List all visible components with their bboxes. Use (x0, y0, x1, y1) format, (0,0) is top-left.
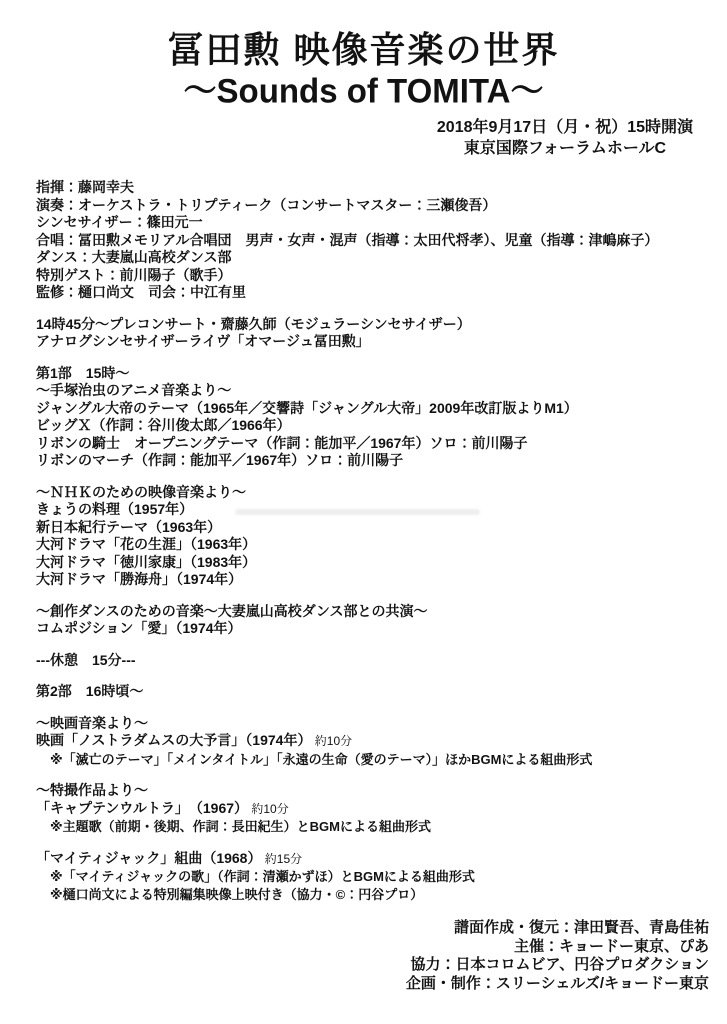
program-line: 第2部 16時頃～ (36, 683, 707, 701)
program-line: ※「マイティジャックの歌」（作詞：清瀬かずほ）とBGMによる組曲形式 (50, 868, 707, 886)
program-line: 14時45分～プレコンサート・齋藤久師（モジュラーシンセサイザー） (36, 316, 707, 334)
duration-note: 約10分 (248, 802, 289, 816)
credit-line: 企画・制作：スリーシェルズ/キョードー東京 (0, 975, 709, 994)
credit-line: 主催：キョードー東京、ぴあ (0, 938, 709, 957)
program-line: ※「滅亡のテーマ」「メインタイトル」「永遠の生命（愛のテーマ）」ほかBGMによる… (50, 751, 707, 769)
program-line: コムポジション「愛」（1974年） (36, 620, 707, 638)
duration-note: 約10分 (311, 734, 352, 748)
program-line: 新日本紀行テーマ（1963年） (36, 519, 707, 537)
section-tokusatsu-captain-ultra: ～特撮作品より～「キャプテンウルトラ」 （1967） 約10分※主題歌（前期・後… (36, 782, 707, 836)
datetime-block: 2018年9月17日（月・祝）15時開演 東京国際フォーラムホールC (0, 117, 727, 159)
credit-line: 協力：日本コロムビア、円谷プロダクション (0, 956, 709, 975)
program-line: ---休憩 15分--- (36, 652, 707, 670)
program-line: リボンの騎士 オープニングテーマ（作詞：能加平／1967年）ソロ：前川陽子 (36, 435, 707, 453)
program-line: リボンのマーチ（作詞：能加平／1967年）ソロ：前川陽子 (36, 452, 707, 470)
program-line: 演奏：オーケストラ・トリプティーク（コンサートマスター：三瀬俊吾） (36, 197, 707, 215)
section-performer-credits: 指揮：藤岡幸夫演奏：オーケストラ・トリプティーク（コンサートマスター：三瀬俊吾）… (36, 179, 707, 302)
duration-note: 約15分 (261, 852, 302, 866)
section-part2-heading: 第2部 16時頃～ (36, 683, 707, 701)
program-line: 大河ドラマ「勝海舟」（1974年） (36, 571, 707, 589)
section-pre-concert: 14時45分～プレコンサート・齋藤久師（モジュラーシンセサイザー）アナログシンセ… (36, 316, 707, 351)
program-line: ～ＮＨＫのための映像音楽より～ (36, 484, 707, 502)
page-subtitle: ～Sounds of TOMITA～ (0, 71, 727, 111)
section-creative-dance: ～創作ダンスのための音楽～大妻嵐山高校ダンス部との共演～コムポジション「愛」（1… (36, 603, 707, 638)
program-line: ジャングル大帝のテーマ（1965年／交響詩「ジャングル大帝」2009年改訂版より… (36, 400, 707, 418)
program-line: きょうの料理（1957年） (36, 501, 707, 519)
program-line: シンセサイザー：篠田元一 (36, 214, 707, 232)
program-line: ※主題歌（前期・後期、作詞：長田紀生）とBGMによる組曲形式 (50, 818, 707, 836)
event-datetime: 2018年9月17日（月・祝）15時開演 (437, 117, 693, 138)
program-body: 指揮：藤岡幸夫演奏：オーケストラ・トリプティーク（コンサートマスター：三瀬俊吾）… (0, 179, 727, 903)
program-line: 映画「ノストラダムスの大予言」（1974年） 約10分 (36, 732, 707, 751)
section-film-music: ～映画音楽より～映画「ノストラダムスの大予言」（1974年） 約10分※「滅亡の… (36, 715, 707, 769)
program-line: 第1部 15時～ (36, 365, 707, 383)
program-line: 指揮：藤岡幸夫 (36, 179, 707, 197)
program-line: 「マイティジャック」組曲（1968） 約15分 (36, 850, 707, 869)
program-line: ※樋口尚文による特別編集映像上映付き（協力・©：円谷プロ） (50, 886, 707, 904)
event-venue: 東京国際フォーラムホールC (437, 138, 693, 159)
page-title: 冨田勲 映像音楽の世界 (0, 28, 727, 72)
section-nhk-music: ～ＮＨＫのための映像音楽より～きょうの料理（1957年）新日本紀行テーマ（196… (36, 484, 707, 589)
program-line: ～映画音楽より～ (36, 715, 707, 733)
credit-line: 譜面作成・復元：津田賢吾、青島佳祐 (0, 919, 709, 938)
section-intermission: ---休憩 15分--- (36, 652, 707, 670)
program-line: 「キャプテンウルトラ」 （1967） 約10分 (36, 800, 707, 819)
program-line: アナログシンセサイザーライヴ「オマージュ冨田勲」 (36, 333, 707, 351)
production-credits: 譜面作成・復元：津田賢吾、青島佳祐主催：キョードー東京、ぴあ協力：日本コロムビア… (0, 919, 727, 993)
program-line: 合唱：冨田勲メモリアル合唱団 男声・女声・混声（指導：太田代将孝）、児童（指導：… (36, 232, 707, 250)
program-line: ダンス：大妻嵐山高校ダンス部 (36, 249, 707, 267)
program-line: 監修：樋口尚文 司会：中江有里 (36, 284, 707, 302)
program-line: 特別ゲスト：前川陽子（歌手） (36, 267, 707, 285)
program-line: 大河ドラマ「花の生涯」（1963年） (36, 536, 707, 554)
section-part1-tezuka-anime: 第1部 15時～～手塚治虫のアニメ音楽より～ジャングル大帝のテーマ（1965年／… (36, 365, 707, 470)
section-tokusatsu-mighty-jack: 「マイティジャック」組曲（1968） 約15分※「マイティジャックの歌」（作詞：… (36, 850, 707, 904)
program-line: ～特撮作品より～ (36, 782, 707, 800)
program-line: ～手塚治虫のアニメ音楽より～ (36, 382, 707, 400)
program-header: 冨田勲 映像音楽の世界 ～Sounds of TOMITA～ 2018年9月17… (0, 28, 727, 159)
program-line: ～創作ダンスのための音楽～大妻嵐山高校ダンス部との共演～ (36, 603, 707, 621)
program-line: 大河ドラマ「徳川家康」（1983年） (36, 554, 707, 572)
program-line: ビッグＸ（作詞：谷川俊太郎／1966年） (36, 417, 707, 435)
concert-program-page: 冨田勲 映像音楽の世界 ～Sounds of TOMITA～ 2018年9月17… (0, 0, 727, 1024)
